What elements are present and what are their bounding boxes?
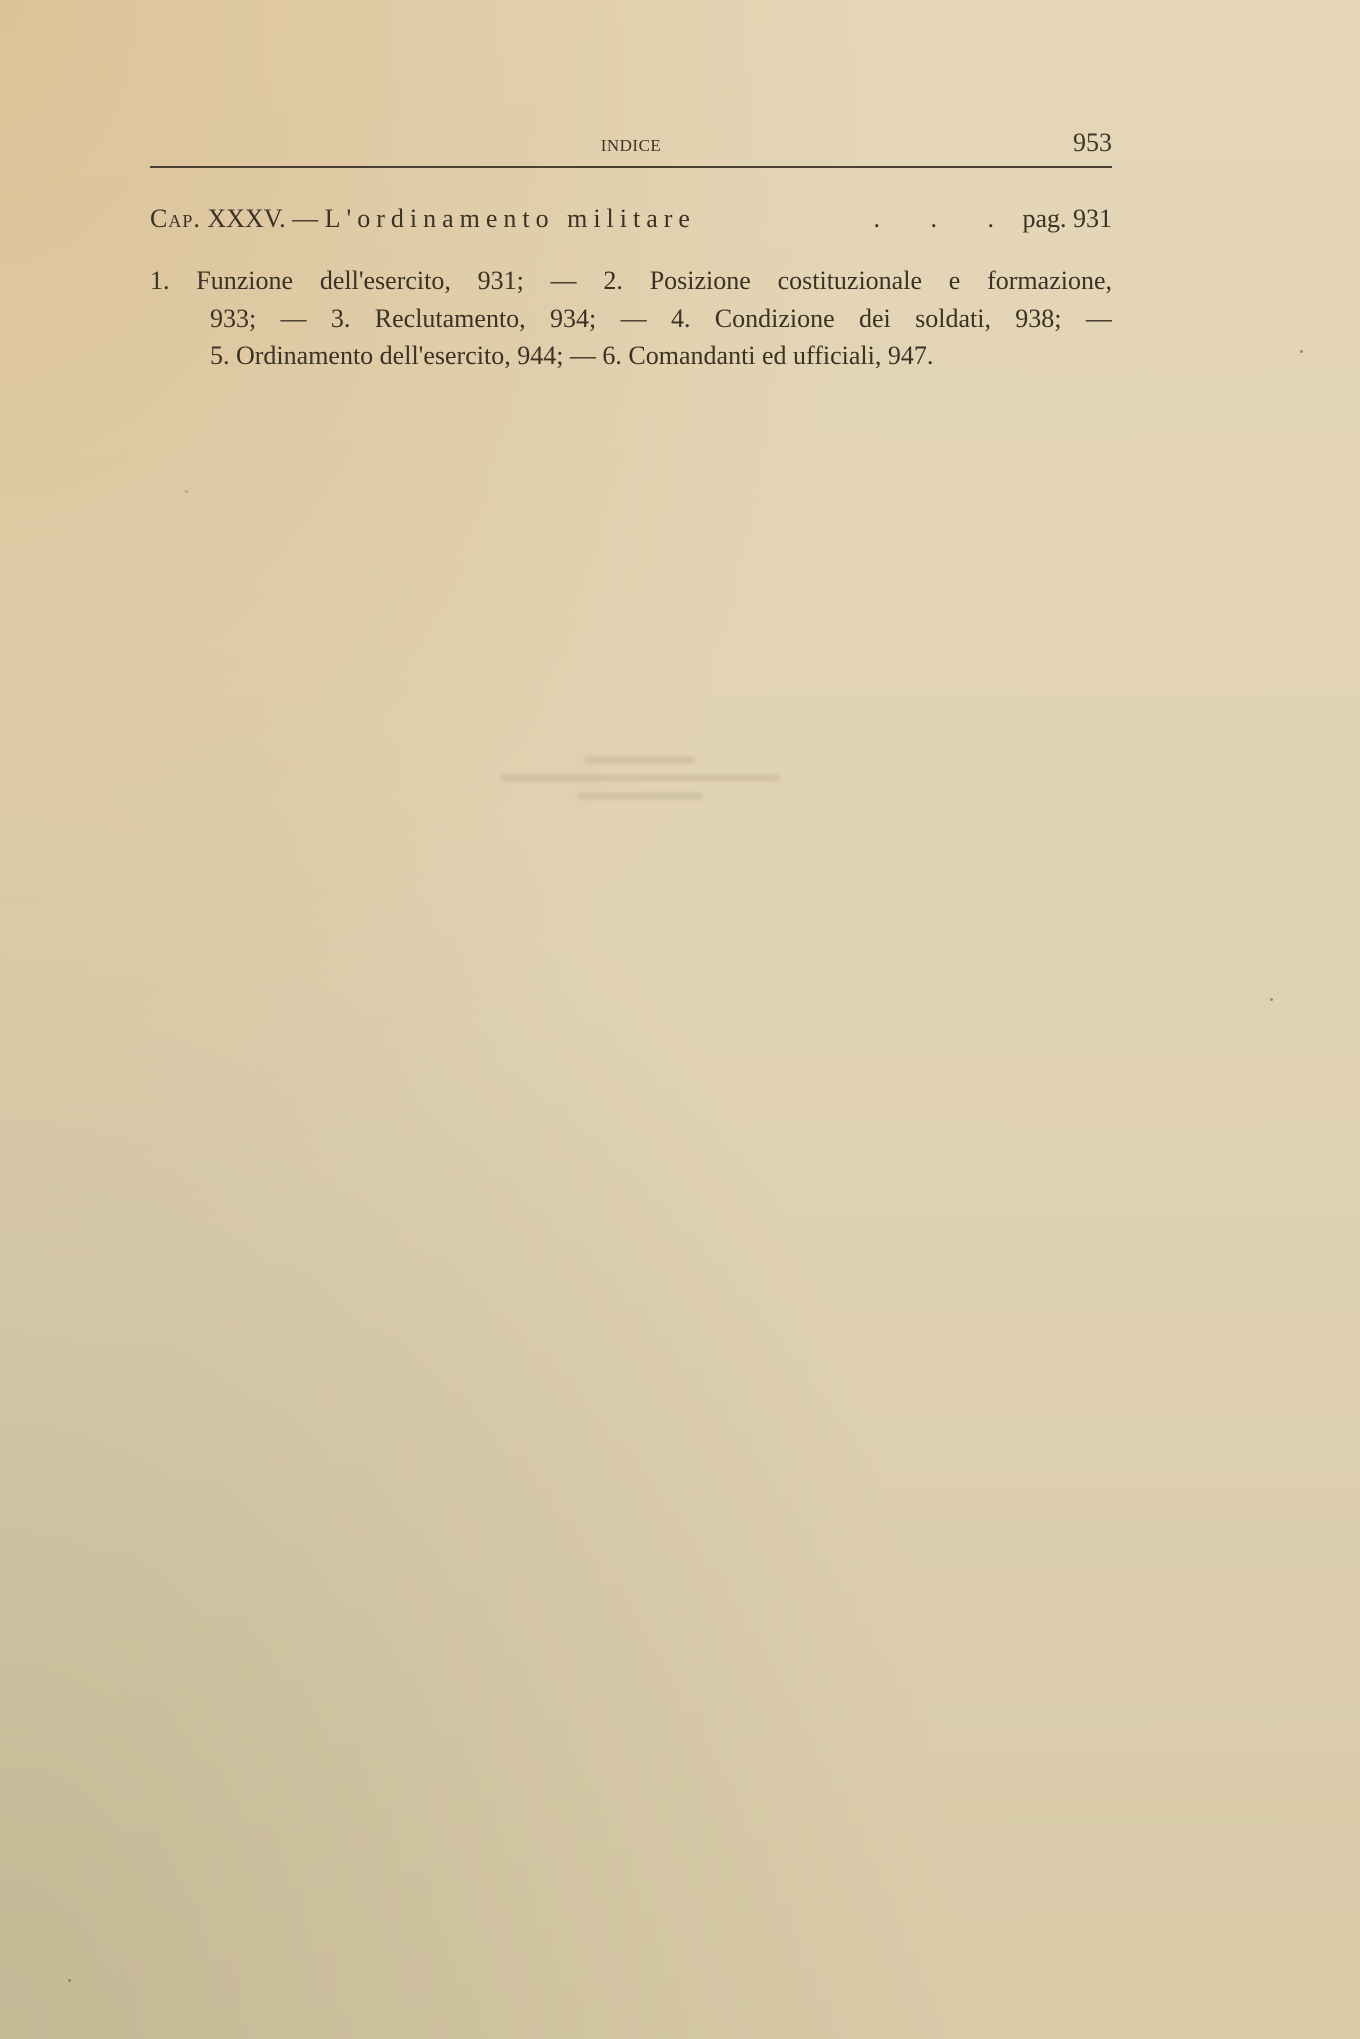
- chapter-dash: —: [292, 204, 318, 233]
- entry-word: —: [281, 300, 307, 338]
- chapter-title: L'ordinamento militare: [325, 204, 696, 233]
- running-title: INDICE: [150, 136, 1112, 156]
- section-entries: 1. Funzione dell'esercito, 931; — 2. Pos…: [150, 262, 1112, 375]
- paper-speck: [1300, 350, 1303, 353]
- entry-word: —: [551, 262, 577, 300]
- entry-line-1: 1. Funzione dell'esercito, 931; — 2. Pos…: [150, 262, 1112, 300]
- book-page: INDICE 953 Cap. XXXV. — L'ordinamento mi…: [0, 0, 1360, 2039]
- page-number: 953: [1073, 128, 1112, 158]
- entry-word: e: [949, 262, 961, 300]
- paper-speck: [185, 490, 188, 493]
- entry-word: dei: [859, 300, 891, 338]
- chapter-label: Cap.: [150, 204, 201, 233]
- entry-word: 2.: [603, 262, 623, 300]
- entry-word: Reclutamento,: [375, 300, 526, 338]
- chapter-heading: Cap. XXXV. — L'ordinamento militare . . …: [150, 204, 1112, 238]
- entry-word: formazione,: [987, 262, 1112, 300]
- entry-line-2: 933; — 3. Reclutamento, 934; — 4. Condiz…: [150, 300, 1112, 338]
- entry-word: 938;: [1015, 300, 1061, 338]
- entry-word: 1.: [150, 262, 170, 300]
- header-rule: [150, 166, 1112, 168]
- entry-word: Funzione: [196, 262, 293, 300]
- entry-word: —: [621, 300, 647, 338]
- entry-word: soldati,: [915, 300, 991, 338]
- paper-speck: [68, 1979, 71, 1982]
- entry-line-3: 5. Ordinamento dell'esercito, 944; — 6. …: [150, 337, 1112, 375]
- entry-word: Posizione: [650, 262, 751, 300]
- bleed-through-smudge: [500, 745, 780, 825]
- entry-word: 933;: [210, 300, 256, 338]
- chapter-page-ref: . . . pag. 931: [869, 204, 1112, 234]
- dot-leader: . . .: [873, 204, 1016, 233]
- entry-word: dell'esercito,: [320, 262, 451, 300]
- entry-word: 934;: [550, 300, 596, 338]
- entry-word: costituzionale: [778, 262, 922, 300]
- entry-word: 4.: [671, 300, 691, 338]
- page-prefix: pag.: [1022, 204, 1066, 233]
- entry-word: 931;: [478, 262, 524, 300]
- entry-word: 3.: [331, 300, 351, 338]
- running-head: INDICE 953: [150, 128, 1112, 164]
- paper-speck: [1270, 998, 1273, 1001]
- chapter-number: XXXV.: [207, 204, 285, 233]
- chapter-page: 931: [1073, 204, 1112, 233]
- entry-word: Condizione: [715, 300, 835, 338]
- entry-word: —: [1086, 300, 1112, 338]
